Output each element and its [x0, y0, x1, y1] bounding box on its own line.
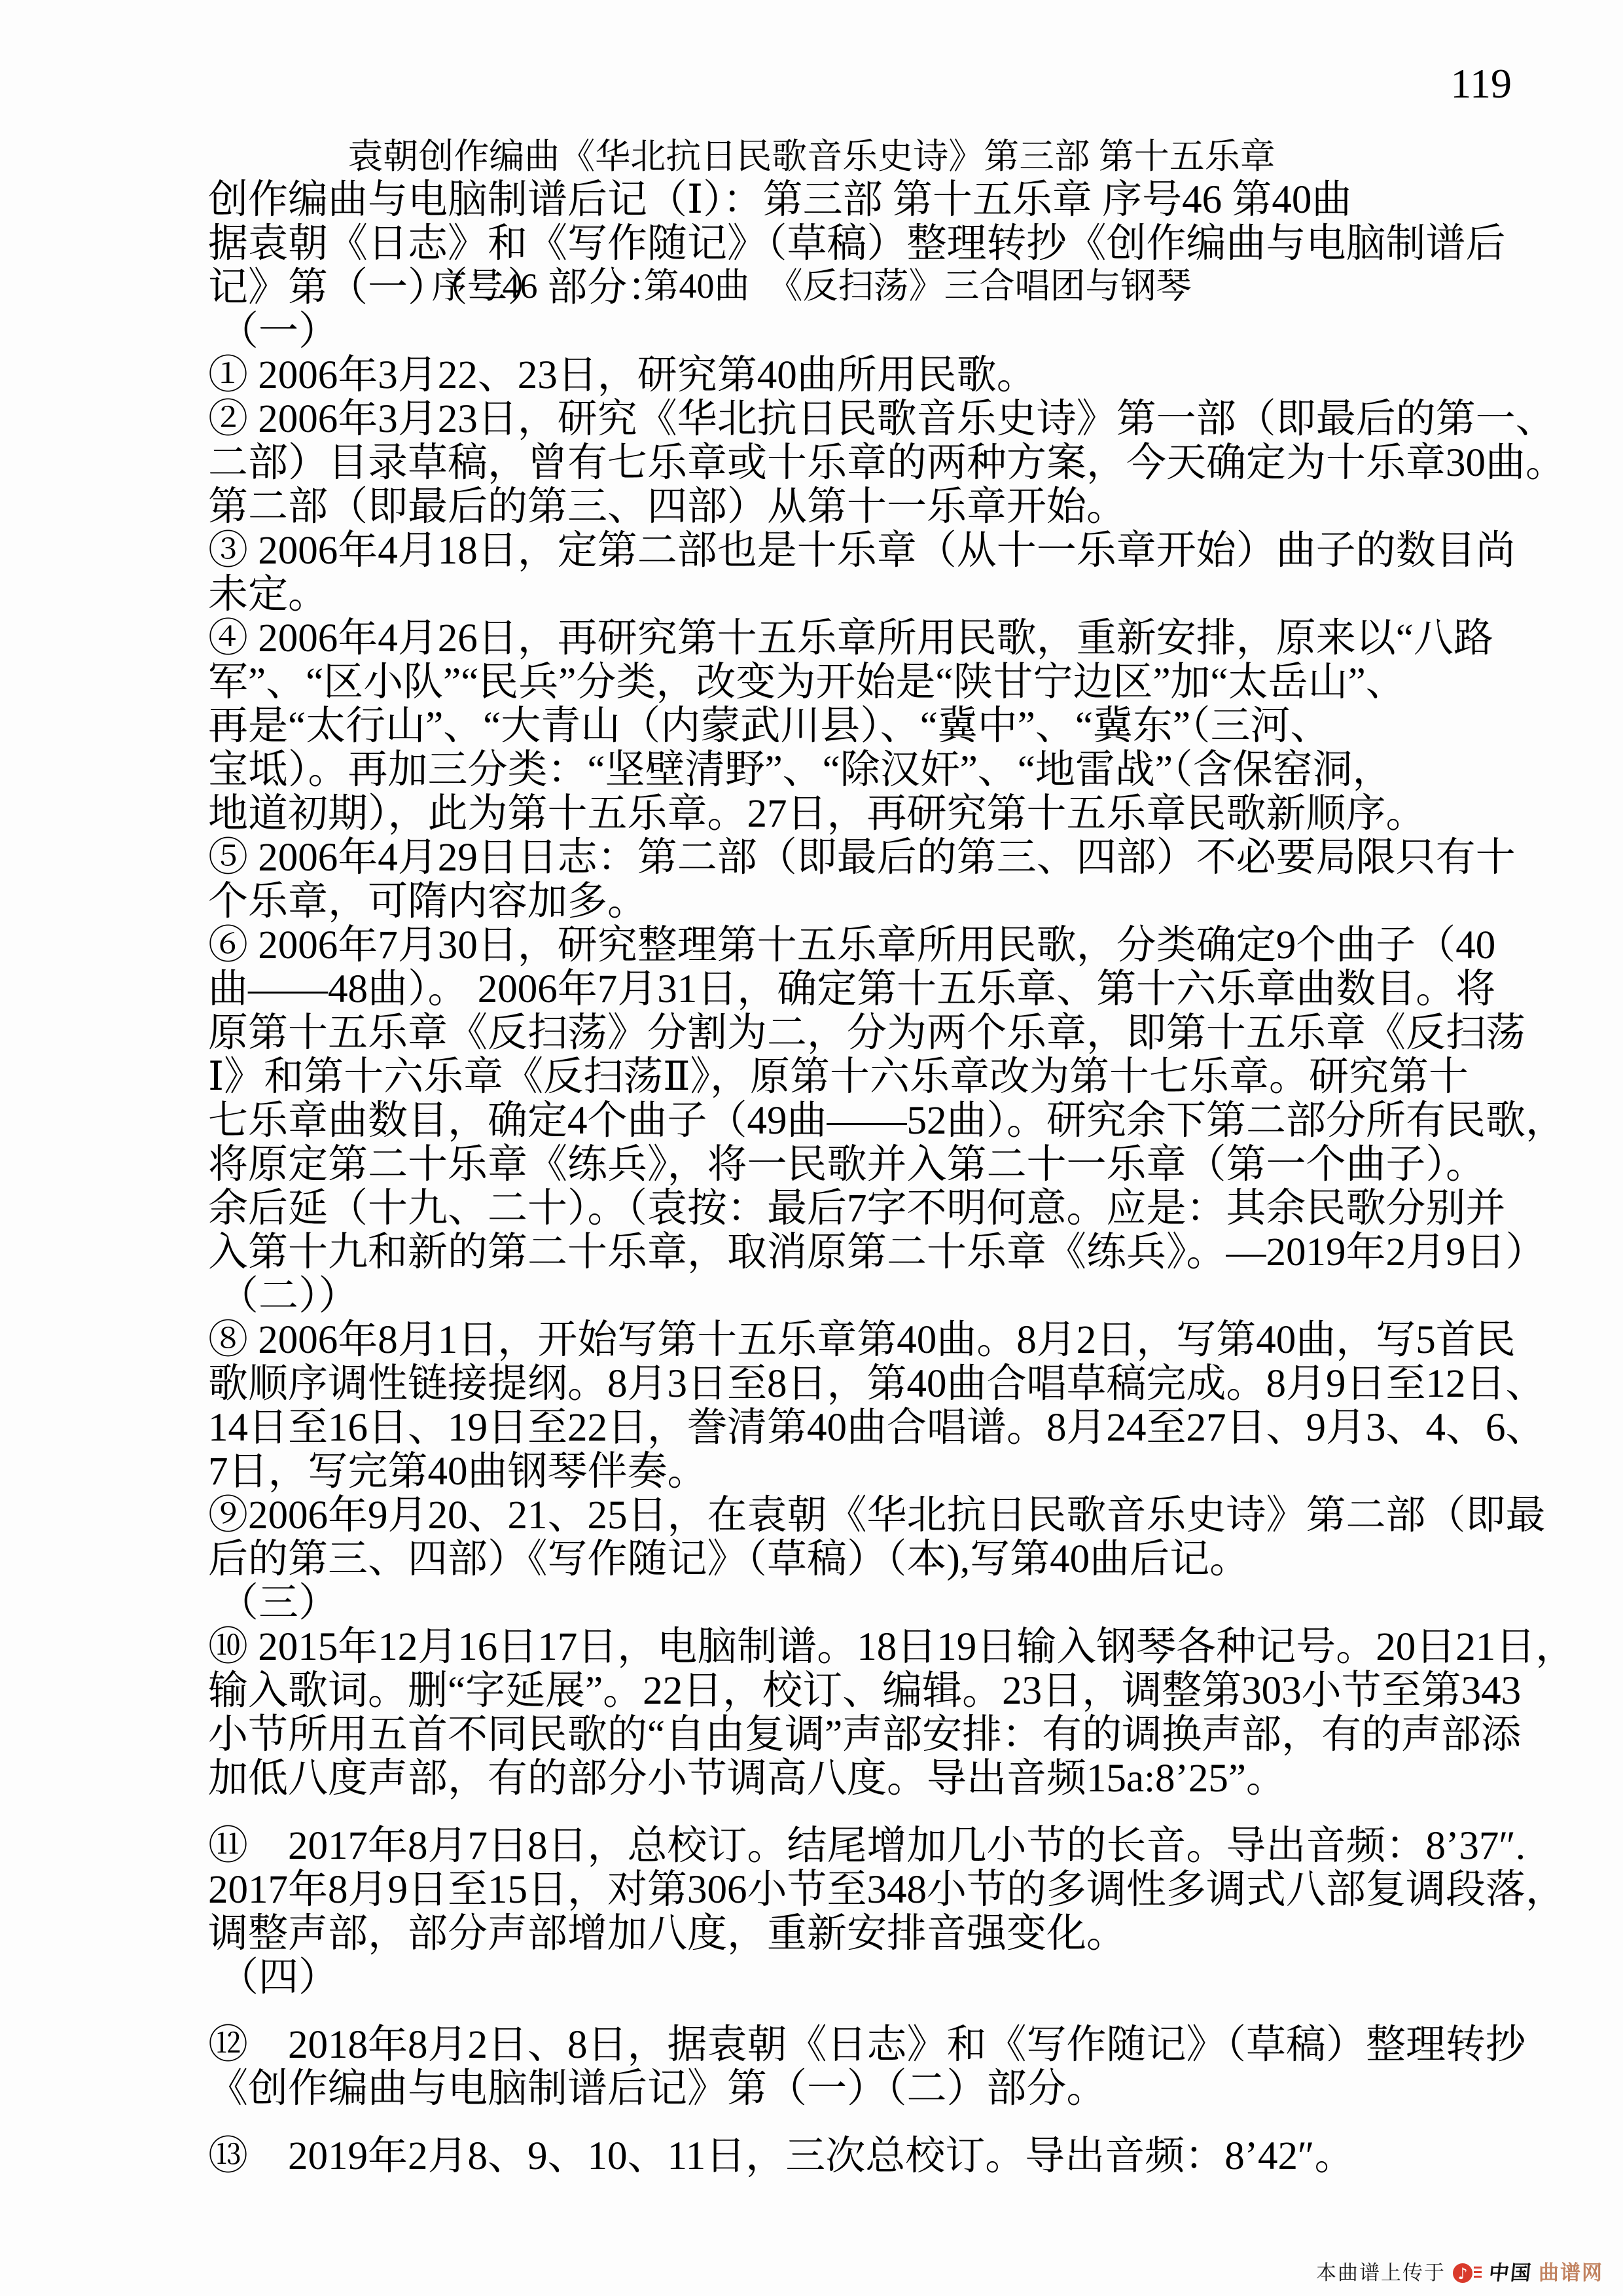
site-name-suffix: 曲谱网	[1539, 2261, 1603, 2286]
body-line: 余后延（十九、二十）。（袁按：最后7字不明何意。应是：其余民歌分别并	[208, 1187, 1501, 1230]
body-line: （三）	[208, 1581, 1501, 1625]
svg-text:♪: ♪	[1457, 2265, 1467, 2283]
body-line: 二部）目录草稿，曾有七乐章或十乐章的两种方案，今天确定为十乐章30曲。	[208, 441, 1501, 485]
body-line: 14日至16日、19日至22日，誊清第40曲合唱谱。8月24至27日、9月3、4…	[208, 1406, 1501, 1450]
body-line: 原第十五乐章《反扫荡》分割为二，分为两个乐章，即第十五乐章《反扫荡	[208, 1011, 1501, 1055]
body-line: 入第十九和新的第二十乐章，取消原第二十乐章《练兵》。—2019年2月9日）	[208, 1230, 1501, 1274]
watermark: 本曲谱上传于 ♪ 中国 曲谱网	[1316, 2261, 1603, 2286]
body-line: 加低八度声部，有的部分小节调高八度。导出音频15a:8’25”。	[208, 1757, 1501, 1801]
body-line: 小节所用五首不同民歌的“自由复调”声部安排：有的调换声部，有的声部添	[208, 1713, 1501, 1757]
document-body: 创作编曲与电脑制谱后记（Ⅰ）：第三部 第十五乐章 序号46 第40曲据袁朝《日志…	[208, 178, 1501, 2178]
body-line: 记》第（一）（二）部分：	[208, 266, 1501, 310]
document-page: 袁朝创作编曲《华北抗日民歌音乐史诗》第三部 第十五乐章 序号46 第40曲 《反…	[0, 0, 1623, 2296]
body-line: 七乐章曲数目，确定4个曲子（49曲——52曲）。研究余下第二部分所有民歌，	[208, 1099, 1501, 1143]
site-name-cn: 中国	[1488, 2261, 1533, 2286]
header-title-line1: 袁朝创作编曲《华北抗日民歌音乐史诗》第三部 第十五乐章	[0, 135, 1623, 178]
body-line: 后的第三、四部）《写作随记》（草稿）（本),写第40曲后记。	[208, 1537, 1501, 1581]
body-line: （一）	[208, 310, 1501, 353]
body-line: 7日，写完第40曲钢琴伴奏。	[208, 1450, 1501, 1494]
body-line: ⑨2006年9月20、21、25日，在袁朝《华北抗日民歌音乐史诗》第二部（即最	[208, 1494, 1501, 1537]
page-number: 119	[1450, 63, 1512, 105]
body-line: （二））	[208, 1274, 1501, 1318]
body-line: ⑬ 2019年2月8、9、10、11日，三次总校订。导出音频：8’42″。	[208, 2134, 1501, 2178]
body-line: 歌顺序调性链接提纲。8月3日至8日，第40曲合唱草稿完成。8月9日至12日、	[208, 1362, 1501, 1406]
body-line: Ⅰ》和第十六乐章《反扫荡Ⅱ》，原第十六乐章改为第十七乐章。研究第十	[208, 1055, 1501, 1099]
body-line: ③ 2006年4月18日，定第二部也是十乐章（从十一乐章开始）曲子的数目尚	[208, 529, 1501, 573]
body-line: 第二部（即最后的第三、四部）从第十一乐章开始。	[208, 485, 1501, 529]
body-line: ⑪ 2017年8月7日8日，总校订。结尾增加几小节的长音。导出音频：8’37″.	[208, 1824, 1501, 1868]
body-line: 曲——48曲）。 2006年7月31日，确定第十五乐章、第十六乐章曲数目。将	[208, 967, 1501, 1011]
body-line: ④ 2006年4月26日，再研究第十五乐章所用民歌，重新安排，原来以“八路	[208, 617, 1501, 660]
body-line: 据袁朝《日志》和《写作随记》（草稿）整理转抄《创作编曲与电脑制谱后	[208, 222, 1501, 266]
body-line: 宝坻）。再加三分类：“坚壁清野”、“除汉奸”、“地雷战”（含保窑洞，	[208, 748, 1501, 792]
body-line: 未定。	[208, 573, 1501, 617]
body-line: ② 2006年3月23日，研究《华北抗日民歌音乐史诗》第一部（即最后的第一、	[208, 397, 1501, 441]
body-line: 输入歌词。删“字延展”。22日，校订、编辑。23日，调整第303小节至第343	[208, 1669, 1501, 1713]
body-line: ⑧ 2006年8月1日，开始写第十五乐章第40曲。8月2日，写第40曲，写5首民	[208, 1318, 1501, 1362]
body-line: ⑩ 2015年12月16日17日，电脑制谱。18日19日输入钢琴各种记号。20日…	[208, 1625, 1501, 1669]
body-line: ⑤ 2006年4月29日日志：第二部（即最后的第三、四部）不必要局限只有十	[208, 836, 1501, 880]
body-line: 个乐章，可隋内容加多。	[208, 880, 1501, 924]
music-note-logo-icon: ♪	[1452, 2261, 1482, 2285]
body-line: ⑥ 2006年7月30日，研究整理第十五乐章所用民歌，分类确定9个曲子（40	[208, 924, 1501, 967]
body-line: 《创作编曲与电脑制谱后记》第（一）（二）部分。	[208, 2067, 1501, 2111]
body-line: 再是“太行山”、“大青山（内蒙武川县）、“冀中”、“冀东”（三河、	[208, 704, 1501, 748]
body-line: （四）	[208, 1956, 1501, 2000]
watermark-upload-text: 本曲谱上传于	[1316, 2261, 1446, 2286]
body-line: 创作编曲与电脑制谱后记（Ⅰ）：第三部 第十五乐章 序号46 第40曲	[208, 178, 1501, 222]
body-line: 调整声部，部分声部增加八度，重新安排音强变化。	[208, 1912, 1501, 1956]
body-line: 军”、“区小队”“民兵”分类，改变为开始是“陕甘宁边区”加“太岳山”、	[208, 660, 1501, 704]
body-line: 地道初期），此为第十五乐章。27日，再研究第十五乐章民歌新顺序。	[208, 792, 1501, 836]
body-line: 将原定第二十乐章《练兵》，将一民歌并入第二十一乐章（第一个曲子）。	[208, 1143, 1501, 1187]
body-line: ⑫ 2018年8月2日、8日，据袁朝《日志》和《写作随记》（草稿）整理转抄	[208, 2023, 1501, 2067]
body-line: ① 2006年3月22、23日，研究第40曲所用民歌。	[208, 353, 1501, 397]
body-line: 2017年8月9日至15日，对第306小节至348小节的多调性多调式八部复调段落…	[208, 1868, 1501, 1912]
